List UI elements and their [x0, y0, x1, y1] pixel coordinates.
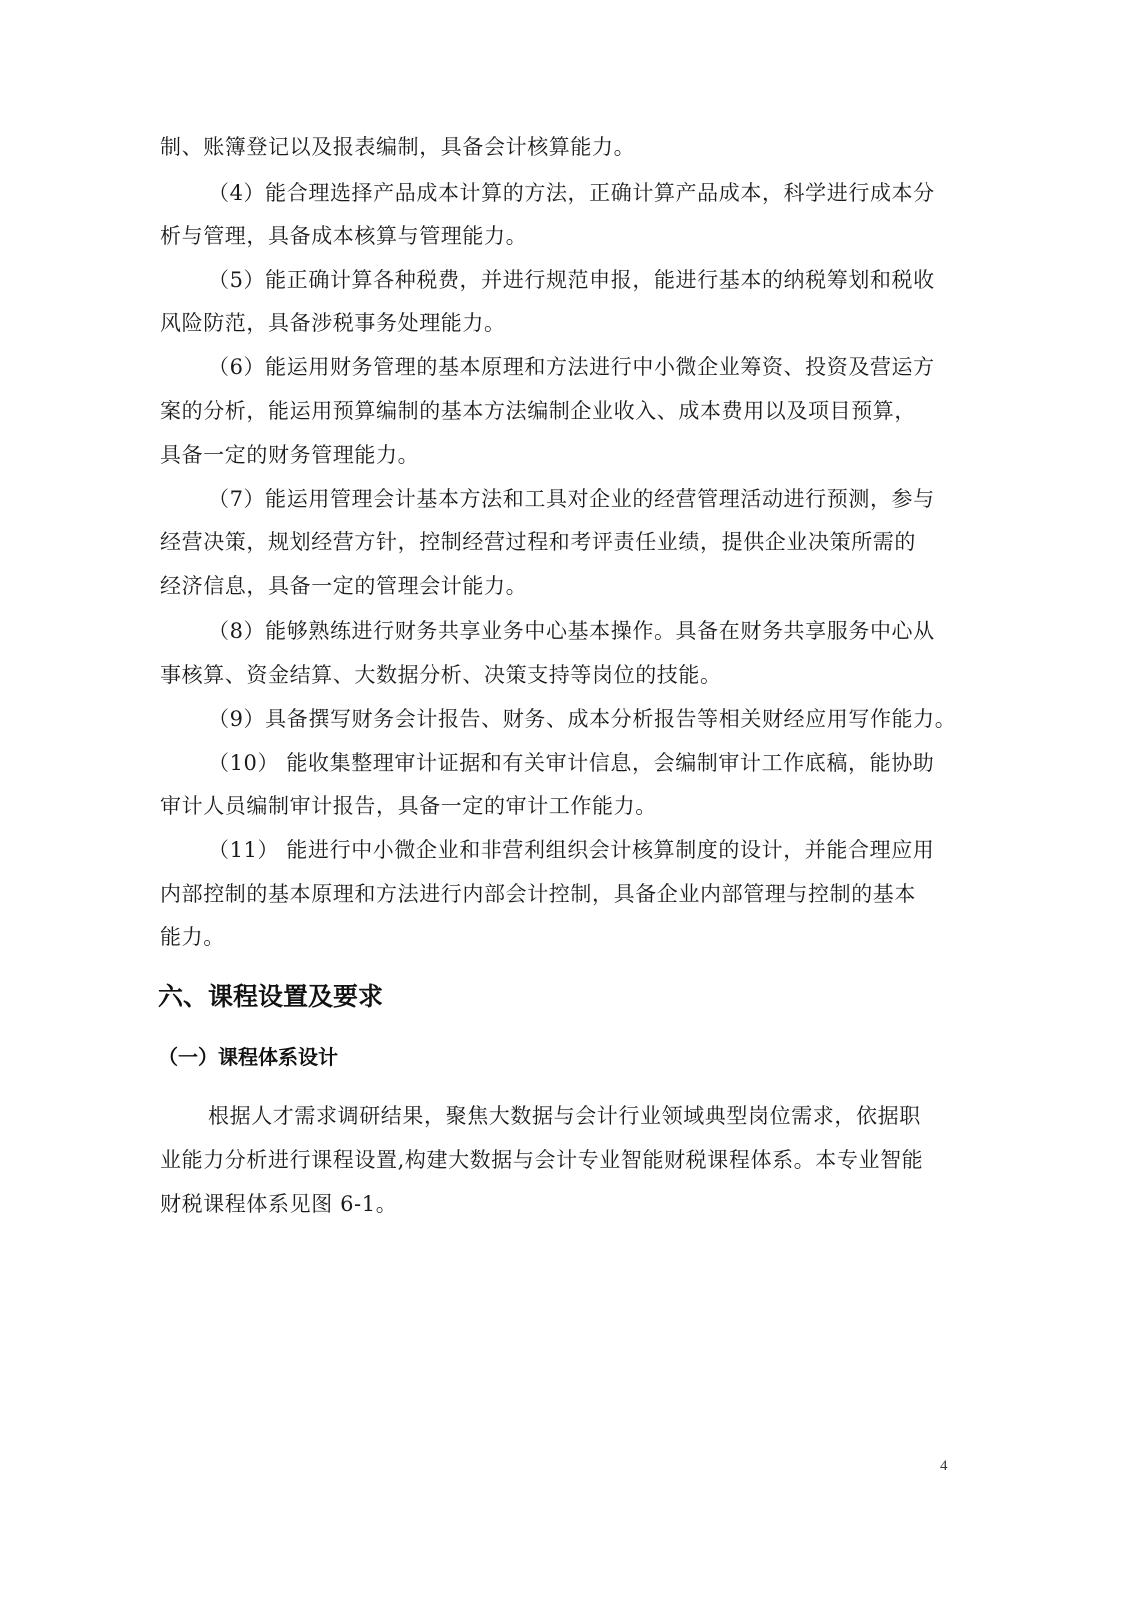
- page-number: 4: [940, 1458, 948, 1475]
- text-line: 事核算、资金结算、大数据分析、决策支持等岗位的技能。: [160, 661, 960, 689]
- document-page: 制、账簿登记以及报表编制，具备会计核算能力。 （4）能合理选择产品成本计算的方法…: [0, 0, 1131, 1600]
- list-item-8: （8）能够熟练进行财务共享业务中心基本操作。具备在财务共享服务中心从: [208, 617, 1008, 645]
- text-line: 制、账簿登记以及报表编制，具备会计核算能力。: [160, 133, 960, 161]
- text-line: 内部控制的基本原理和方法进行内部会计控制，具备企业内部管理与控制的基本: [160, 880, 960, 908]
- subsection-heading: （一）课程体系设计: [158, 1042, 338, 1072]
- list-item-4: （4）能合理选择产品成本计算的方法，正确计算产品成本，科学进行成本分: [208, 179, 1008, 207]
- list-item-10: （10） 能收集整理审计证据和有关审计信息，会编制审计工作底稿，能协助: [208, 749, 1008, 777]
- list-item-6: （6）能运用财务管理的基本原理和方法进行中小微企业筹资、投资及营运方: [208, 353, 1008, 381]
- list-item-9: （9）具备撰写财务会计报告、财务、成本分析报告等相关财经应用写作能力。: [208, 705, 1008, 733]
- paragraph-line: 财税课程体系见图 6-1。: [160, 1190, 960, 1218]
- text-line: 审计人员编制审计报告，具备一定的审计工作能力。: [160, 792, 960, 820]
- section-heading: 六、课程设置及要求: [158, 980, 383, 1014]
- paragraph-line: 根据人才需求调研结果，聚焦大数据与会计行业领域典型岗位需求，依据职: [208, 1102, 1008, 1130]
- text-line: 能力。: [160, 923, 960, 951]
- text-line: 案的分析，能运用预算编制的基本方法编制企业收入、成本费用以及项目预算，: [160, 397, 960, 425]
- paragraph-line: 业能力分析进行课程设置,构建大数据与会计专业智能财税课程体系。本专业智能: [160, 1146, 960, 1174]
- list-item-7: （7）能运用管理会计基本方法和工具对企业的经营管理活动进行预测，参与: [208, 485, 1008, 513]
- list-item-5: （5）能正确计算各种税费，并进行规范申报，能进行基本的纳税筹划和税收: [208, 266, 1008, 294]
- text-line: 析与管理，具备成本核算与管理能力。: [160, 222, 960, 250]
- text-line: 经济信息，具备一定的管理会计能力。: [160, 572, 960, 600]
- text-line: 具备一定的财务管理能力。: [160, 441, 960, 469]
- list-item-11: （11） 能进行中小微企业和非营利组织会计核算制度的设计，并能合理应用: [208, 836, 1008, 864]
- text-line: 经营决策，规划经营方针，控制经营过程和考评责任业绩，提供企业决策所需的: [160, 528, 960, 556]
- text-line: 风险防范，具备涉税事务处理能力。: [160, 309, 960, 337]
